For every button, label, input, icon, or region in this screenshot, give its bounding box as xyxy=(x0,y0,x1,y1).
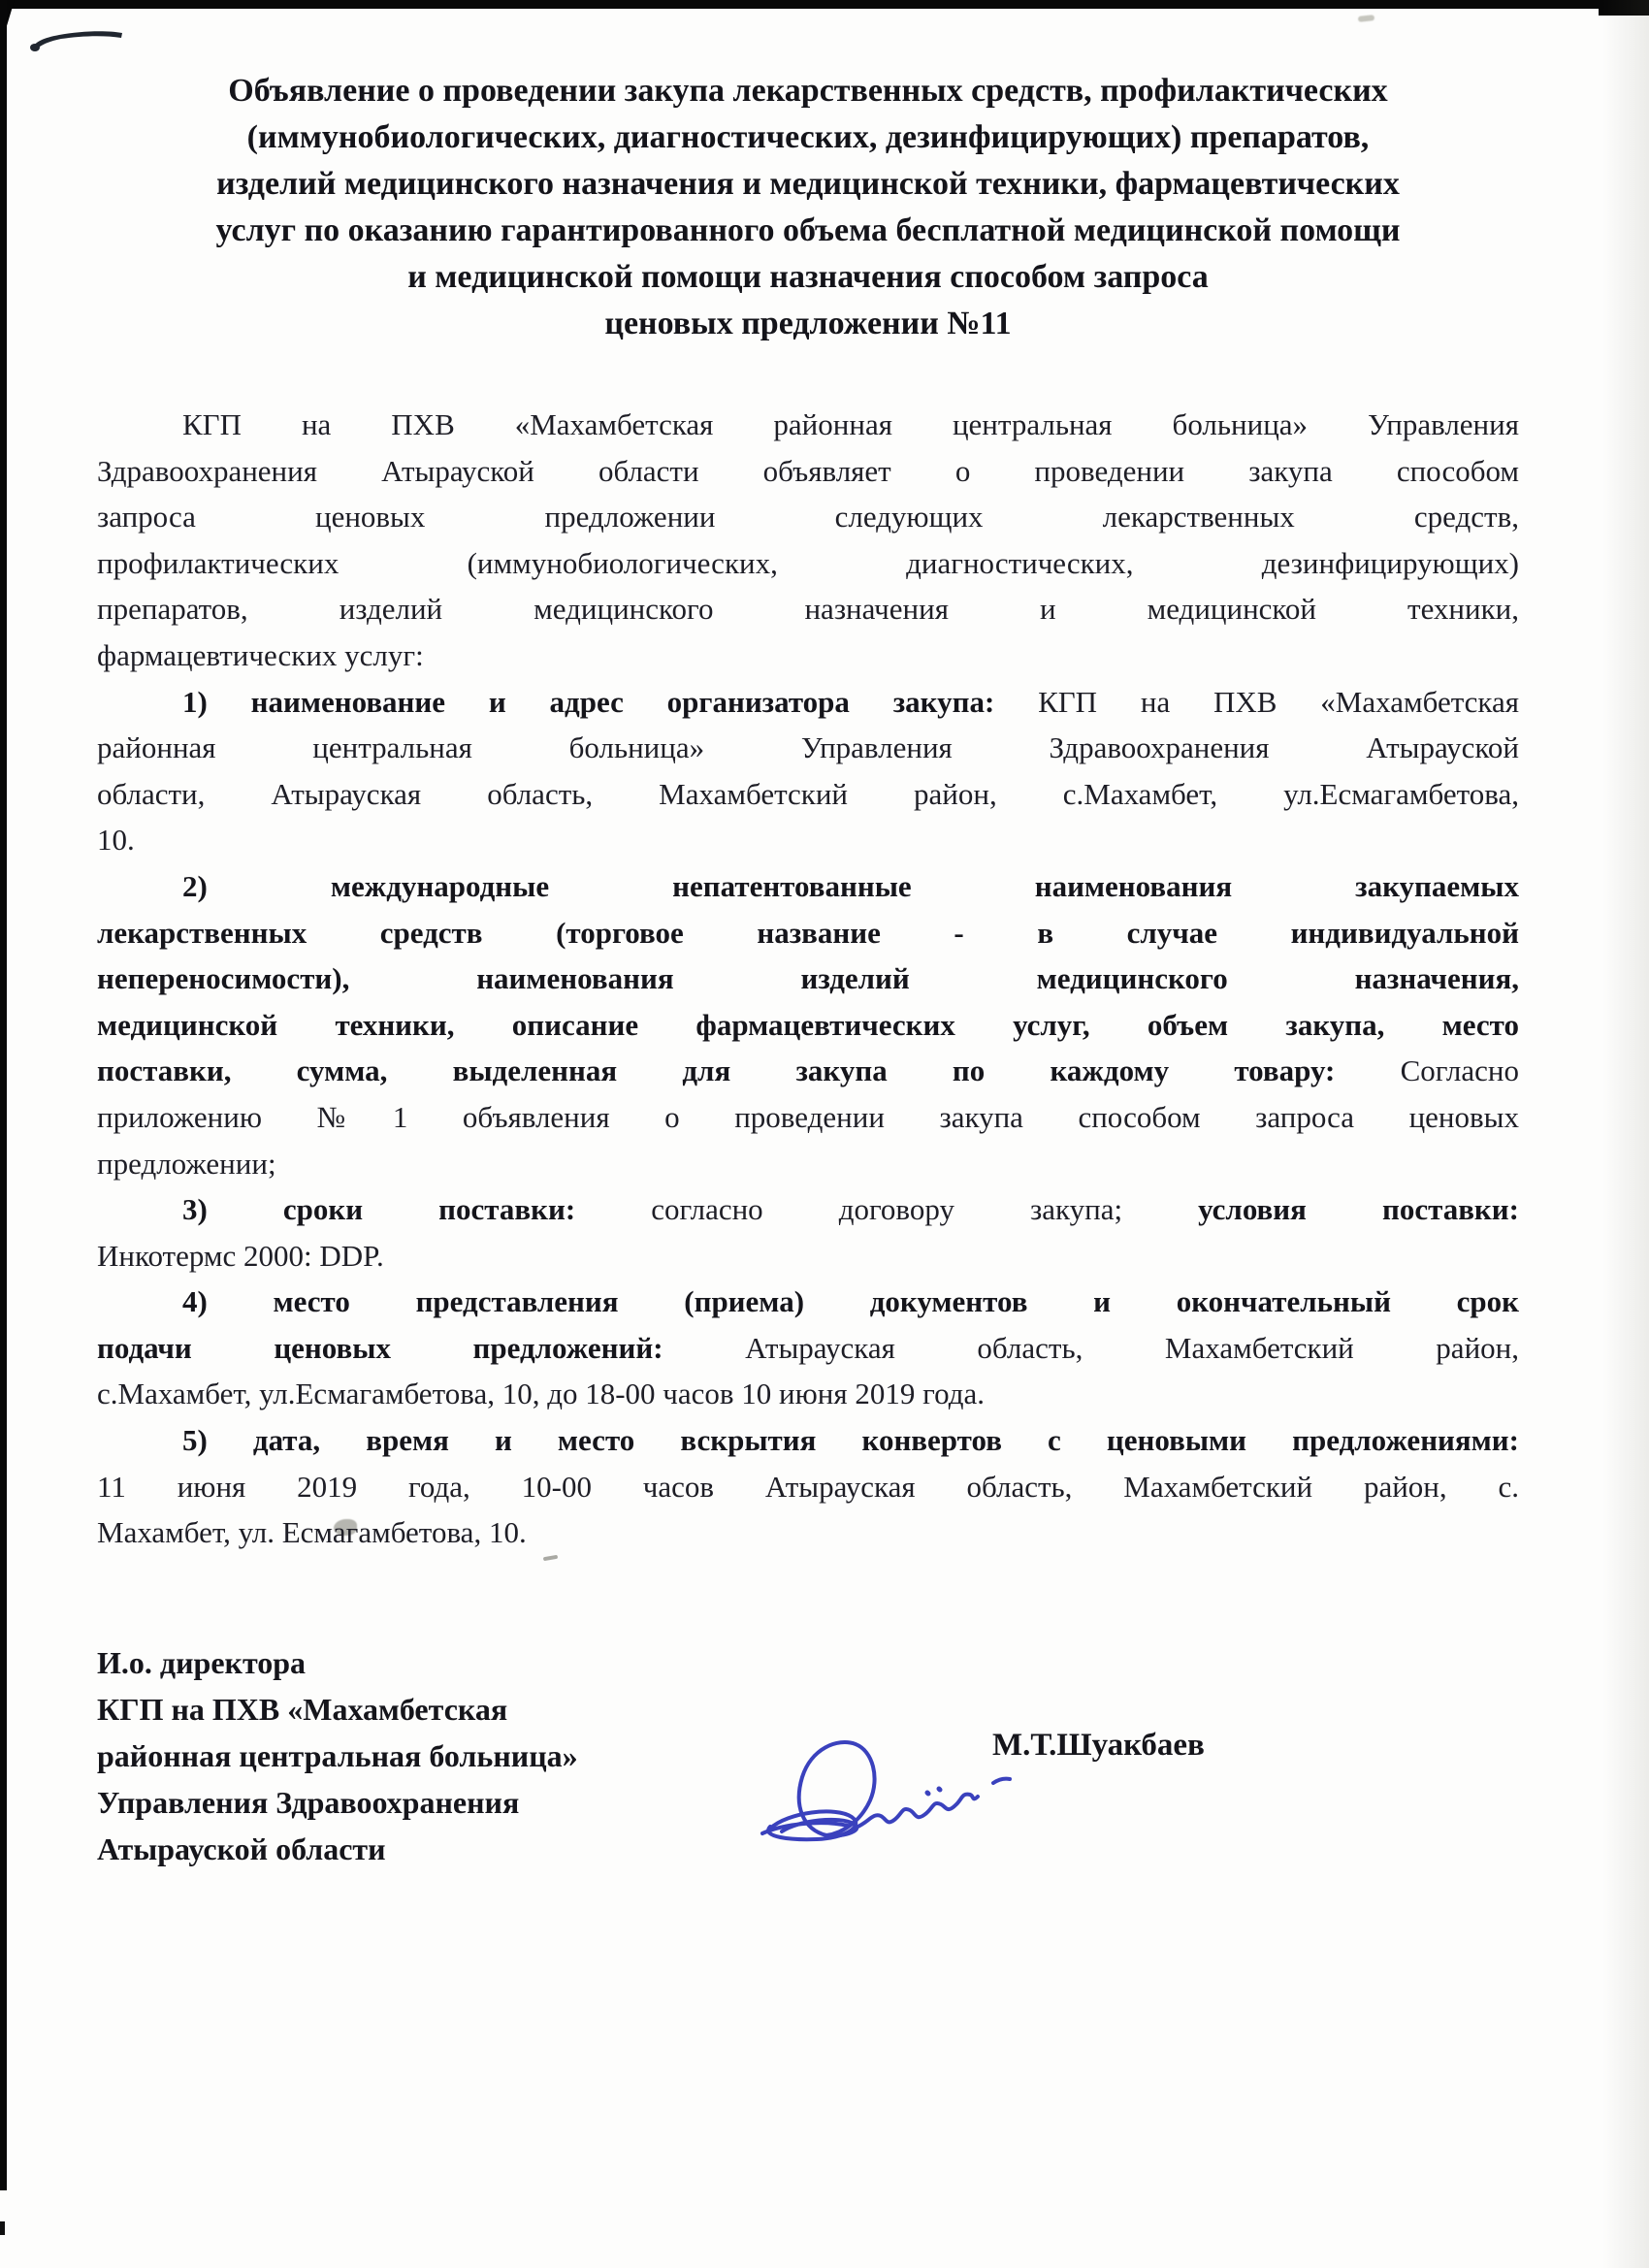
title-line: услуг по оказанию гарантированного объем… xyxy=(97,208,1519,254)
body-line: районная центральная больница» Управлени… xyxy=(97,725,1519,771)
text-segment: КГП на ПХВ «Махамбетская районная центра… xyxy=(182,407,1519,441)
pen-stroke-mark-icon xyxy=(29,27,126,54)
text-segment: с.Махамбет, ул.Есмагамбетова, 10, до 18-… xyxy=(97,1377,985,1410)
text-segment: приложению №1 объявления о проведении за… xyxy=(97,1100,1519,1134)
title-line: изделий медицинского назначения и медици… xyxy=(97,161,1519,208)
signer-name: М.Т.Шуакбаев xyxy=(992,1728,1205,1764)
paragraph-3: 2) международные непатентованные наимено… xyxy=(97,863,1519,1186)
text-segment: медицинской техники, описание фармацевти… xyxy=(97,1008,1519,1042)
scanned-document-page: Объявление о проведении закупа лекарстве… xyxy=(0,0,1649,2268)
text-segment: 3) сроки поставки: xyxy=(182,1192,575,1226)
body-line: КГП на ПХВ «Махамбетская районная центра… xyxy=(97,402,1519,448)
paragraph-2: 1) наименование и адрес организатора зак… xyxy=(97,679,1519,863)
text-segment: Махамбет, ул. Есмагамбетова, 10. xyxy=(97,1515,527,1549)
body-line: Махамбет, ул. Есмагамбетова, 10. xyxy=(97,1509,1519,1556)
body-line: 1) наименование и адрес организатора зак… xyxy=(97,679,1519,726)
body-text: КГП на ПХВ «Махамбетская районная центра… xyxy=(97,402,1519,1556)
text-segment: Атырауская область, Махамбетский район, xyxy=(663,1331,1519,1365)
document-content: Объявление о проведении закупа лекарстве… xyxy=(97,68,1519,1872)
body-line: запроса ценовых предложении следующих ле… xyxy=(97,494,1519,540)
paragraph-5: 4) место представления (приема) документ… xyxy=(97,1279,1519,1417)
body-line: лекарственных средств (торговое название… xyxy=(97,910,1519,956)
text-segment: поставки, сумма, выделенная для закупа п… xyxy=(97,1053,1335,1087)
text-segment: 2) международные непатентованные наимено… xyxy=(182,869,1519,903)
body-line: Здравоохранения Атырауской области объяв… xyxy=(97,448,1519,495)
body-line: 11 июня 2019 года, 10-00 часов Атырауска… xyxy=(97,1464,1519,1510)
body-line: фармацевтических услуг: xyxy=(97,632,1519,679)
scan-shadow-right xyxy=(1602,0,1649,2268)
body-line: 5) дата, время и место вскрытия конверто… xyxy=(97,1417,1519,1464)
body-line: приложению №1 объявления о проведении за… xyxy=(97,1094,1519,1141)
text-segment: 10. xyxy=(97,823,135,857)
text-segment: Согласно xyxy=(1335,1053,1519,1087)
text-segment: фармацевтических услуг: xyxy=(97,638,424,672)
text-segment: профилактических (иммунобиологических, д… xyxy=(97,546,1519,580)
body-line: медицинской техники, описание фармацевти… xyxy=(97,1002,1519,1049)
body-line: 3) сроки поставки: согласно договору зак… xyxy=(97,1186,1519,1233)
document-title: Объявление о проведении закупа лекарстве… xyxy=(97,68,1519,347)
text-segment: 11 июня 2019 года, 10-00 часов Атырауска… xyxy=(97,1470,1519,1504)
text-segment: препаратов, изделий медицинского назначе… xyxy=(97,592,1519,626)
text-segment: районная центральная больница» Управлени… xyxy=(97,730,1519,764)
text-segment: 5) дата, время и место вскрытия конверто… xyxy=(182,1423,1519,1457)
paragraph-6: 5) дата, время и место вскрытия конверто… xyxy=(97,1417,1519,1556)
text-segment: области, Атырауская область, Махамбетски… xyxy=(97,777,1519,811)
body-line: предложении; xyxy=(97,1141,1519,1187)
title-line: Объявление о проведении закупа лекарстве… xyxy=(97,68,1519,114)
handwritten-signature xyxy=(755,1734,1015,1853)
body-line: поставки, сумма, выделенная для закупа п… xyxy=(97,1048,1519,1094)
text-segment: условия поставки: xyxy=(1198,1192,1519,1226)
body-line: 10. xyxy=(97,817,1519,863)
signature-line: И.о. директора xyxy=(97,1639,1519,1686)
body-line: 2) международные непатентованные наимено… xyxy=(97,863,1519,910)
body-line: профилактических (иммунобиологических, д… xyxy=(97,540,1519,587)
body-line: Инкотермс 2000: DDP. xyxy=(97,1233,1519,1280)
title-line: и медицинской помощи назначения способом… xyxy=(97,254,1519,301)
body-line: области, Атырауская область, Махамбетски… xyxy=(97,771,1519,818)
paragraph-4: 3) сроки поставки: согласно договору зак… xyxy=(97,1186,1519,1279)
scan-speck xyxy=(1358,15,1375,22)
title-line: (иммунобиологических, диагностических, д… xyxy=(97,114,1519,161)
scan-edge-left xyxy=(0,0,7,2190)
body-line: непереносимости), наименования изделий м… xyxy=(97,956,1519,1002)
text-segment: 1) наименование и адрес организатора зак… xyxy=(182,685,994,719)
body-line: подачи ценовых предложений: Атырауская о… xyxy=(97,1325,1519,1372)
text-segment: подачи ценовых предложений: xyxy=(97,1331,663,1365)
text-segment: лекарственных средств (торговое название… xyxy=(97,916,1519,950)
body-line: с.Махамбет, ул.Есмагамбетова, 10, до 18-… xyxy=(97,1371,1519,1417)
text-segment: 4) место представления (приема) документ… xyxy=(182,1284,1519,1318)
scan-edge-top xyxy=(0,0,1649,9)
scan-speck xyxy=(0,2221,5,2235)
text-segment: Инкотермс 2000: DDP. xyxy=(97,1239,384,1273)
body-line: препаратов, изделий медицинского назначе… xyxy=(97,586,1519,632)
text-segment: предложении; xyxy=(97,1147,276,1181)
body-line: 4) место представления (приема) документ… xyxy=(97,1279,1519,1325)
text-segment: запроса ценовых предложении следующих ле… xyxy=(97,500,1519,534)
paragraph-1: КГП на ПХВ «Махамбетская районная центра… xyxy=(97,402,1519,679)
text-segment: Здравоохранения Атырауской области объяв… xyxy=(97,454,1519,488)
signature-line: КГП на ПХВ «Махамбетская xyxy=(97,1686,1519,1733)
text-segment: непереносимости), наименования изделий м… xyxy=(97,961,1519,995)
text-segment: согласно договору закупа; xyxy=(575,1192,1198,1226)
text-segment: КГП на ПХВ «Махамбетская xyxy=(994,685,1519,719)
title-line: ценовых предложении №11 xyxy=(97,301,1519,347)
